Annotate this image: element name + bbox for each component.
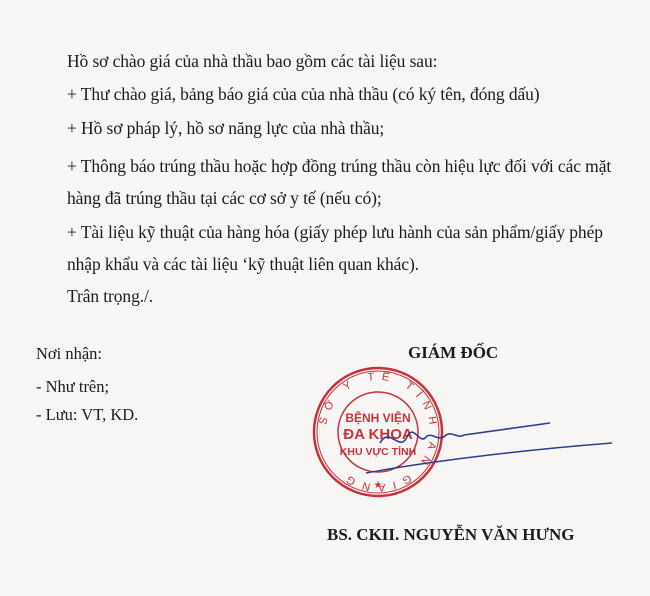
handwritten-signature (360, 415, 620, 475)
body-line: + Hồ sơ pháp lý, hồ sơ năng lực của nhà … (67, 118, 384, 138)
svg-text:★: ★ (374, 480, 383, 491)
body-line: + Thông báo trúng thầu hoặc hợp đồng trú… (67, 156, 611, 176)
closing-line: Trân trọng./. (67, 286, 153, 306)
recipient-item: - Lưu: VT, KD. (36, 405, 138, 425)
recipient-item: - Như trên; (36, 377, 109, 397)
body-line: + Thư chào giá, bảng báo giá của của nhà… (67, 84, 540, 104)
document-page: Hồ sơ chào giá của nhà thầu bao gồm các … (0, 0, 650, 596)
recipients-heading: Nơi nhận: (36, 344, 102, 364)
body-line: Hồ sơ chào giá của nhà thầu bao gồm các … (67, 51, 437, 71)
body-line: hàng đã trúng thầu tại các cơ sở y tế (n… (67, 188, 382, 208)
signature-title: GIÁM ĐỐC (408, 343, 498, 363)
signer-name: BS. CKII. NGUYỄN VĂN HƯNG (327, 525, 574, 545)
body-line: + Tài liệu kỹ thuật của hàng hóa (giấy p… (67, 222, 603, 242)
body-line: nhập khẩu và các tài liệu ‘kỹ thuật liên… (67, 254, 419, 274)
